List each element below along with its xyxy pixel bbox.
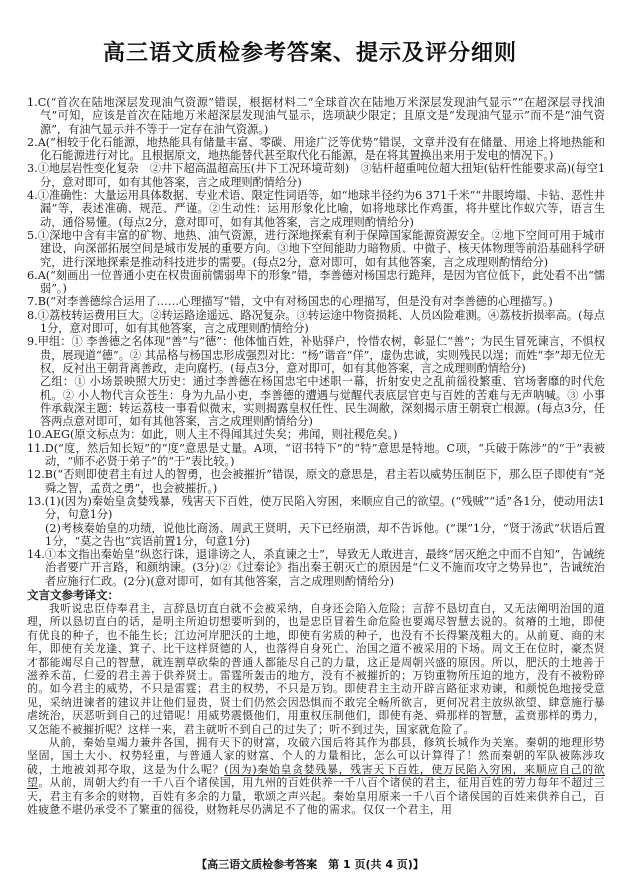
answer-item-2: 2.A(“相较于化石能源，地热能具有储量丰富、零碳、用途广泛等优势”错误，文章并…	[27, 136, 605, 163]
answer-item-11: 11.D(“度，然后知长短”的“度”意思是丈量。A项，“诏书特下”的“特”意思是…	[27, 442, 605, 469]
answer-item-6: 6.A(“刻画出一位普通小吏在权贵面前懦弱卑下的形象”错，李善德对杨国忠行跪拜，…	[27, 269, 605, 296]
answer-item-9: 9.甲组：① 李善德之名体现“善”与“德”：他体恤百姓，补贴驿户，怜惜农树，彰显…	[27, 335, 605, 375]
answer-item-10: 10.AEG(原文标点为：如此，则人主不得闻其过失矣；弗闻，则社稷危矣。)	[27, 428, 605, 441]
page-title: 高三语文质检参考答案、提示及评分细则	[0, 36, 620, 67]
answer-item-9-group-b: 乙组：① 小场景映照大历史：通过李善德在杨国忠宅中述职一幕，折射安史之乱前徭役繁…	[27, 375, 605, 428]
translation-heading: 文言文参考译文：	[27, 588, 605, 602]
answer-item-13: 13.(1)(因为)秦始皇贪婪残暴，残害天下百姓，使万民陷入穷困，来顺应自己的欲…	[27, 495, 605, 522]
answer-item-8: 8.①荔枝转运费用巨大。②转运路途遥远、路况复杂。③转运途中物资损耗、人员凶险难…	[27, 309, 605, 336]
answer-item-13-part-2: (2)考核秦始皇的功绩，说他比商汤、周武王贤明，天下已经崩溃，却不告诉他。(“课…	[27, 522, 605, 549]
translation-paragraph-2: 从前，秦始皇竭力兼并各国，拥有天下的财富，攻破六国后将其作为郡县，修筑长城作为关…	[27, 736, 605, 816]
answer-item-14: 14.①本文指出秦始皇“纵恣行诛，退诽谤之人，杀直谏之士”，导致无人敢进言，最终…	[27, 548, 605, 588]
page-footer: 【高三语文质检参考答案 第 1 页(共 4 页)】	[0, 856, 620, 872]
answer-item-5: 5.①深地中含有丰富的矿物、地热、油气资源，进行深地探索有利于保障国家能源资源安…	[27, 229, 605, 269]
translation-paragraph-1: 我听说忠臣侍奉君主，言辞恳切直白就不会被采纳，自身还会陷入危险；言辞不恳切直白，…	[27, 602, 605, 736]
answer-content: 1.C(“首次在陆地深层发现油气资源”错误，根据材料二“全球首次在陆地万米深层发…	[27, 96, 605, 816]
answer-item-12: 12.B(“否则即使君主有过人的智勇，也会被摧折”错误，原文的意思是，君主若以威…	[27, 468, 605, 495]
answer-item-3: 3.①地层岩性变化复杂 ②井下超高温超高压(井下工况环境苛刻) ③钻杆超重吨位超…	[27, 162, 605, 189]
answer-item-4: 4.①准确性：大量运用具体数据、专业术语、限定性词语等，如“地球半径约为6 37…	[27, 189, 605, 229]
answer-item-7: 7.B(“对李善德综合运用了……心理描写”错，文中有对杨国忠的心理描写，但是没有…	[27, 295, 605, 308]
document-page: 高三语文质检参考答案、提示及评分细则 1.C(“首次在陆地深层发现油气资源”错误…	[0, 0, 620, 881]
answer-item-1: 1.C(“首次在陆地深层发现油气资源”错误，根据材料二“全球首次在陆地万米深层发…	[27, 96, 605, 136]
